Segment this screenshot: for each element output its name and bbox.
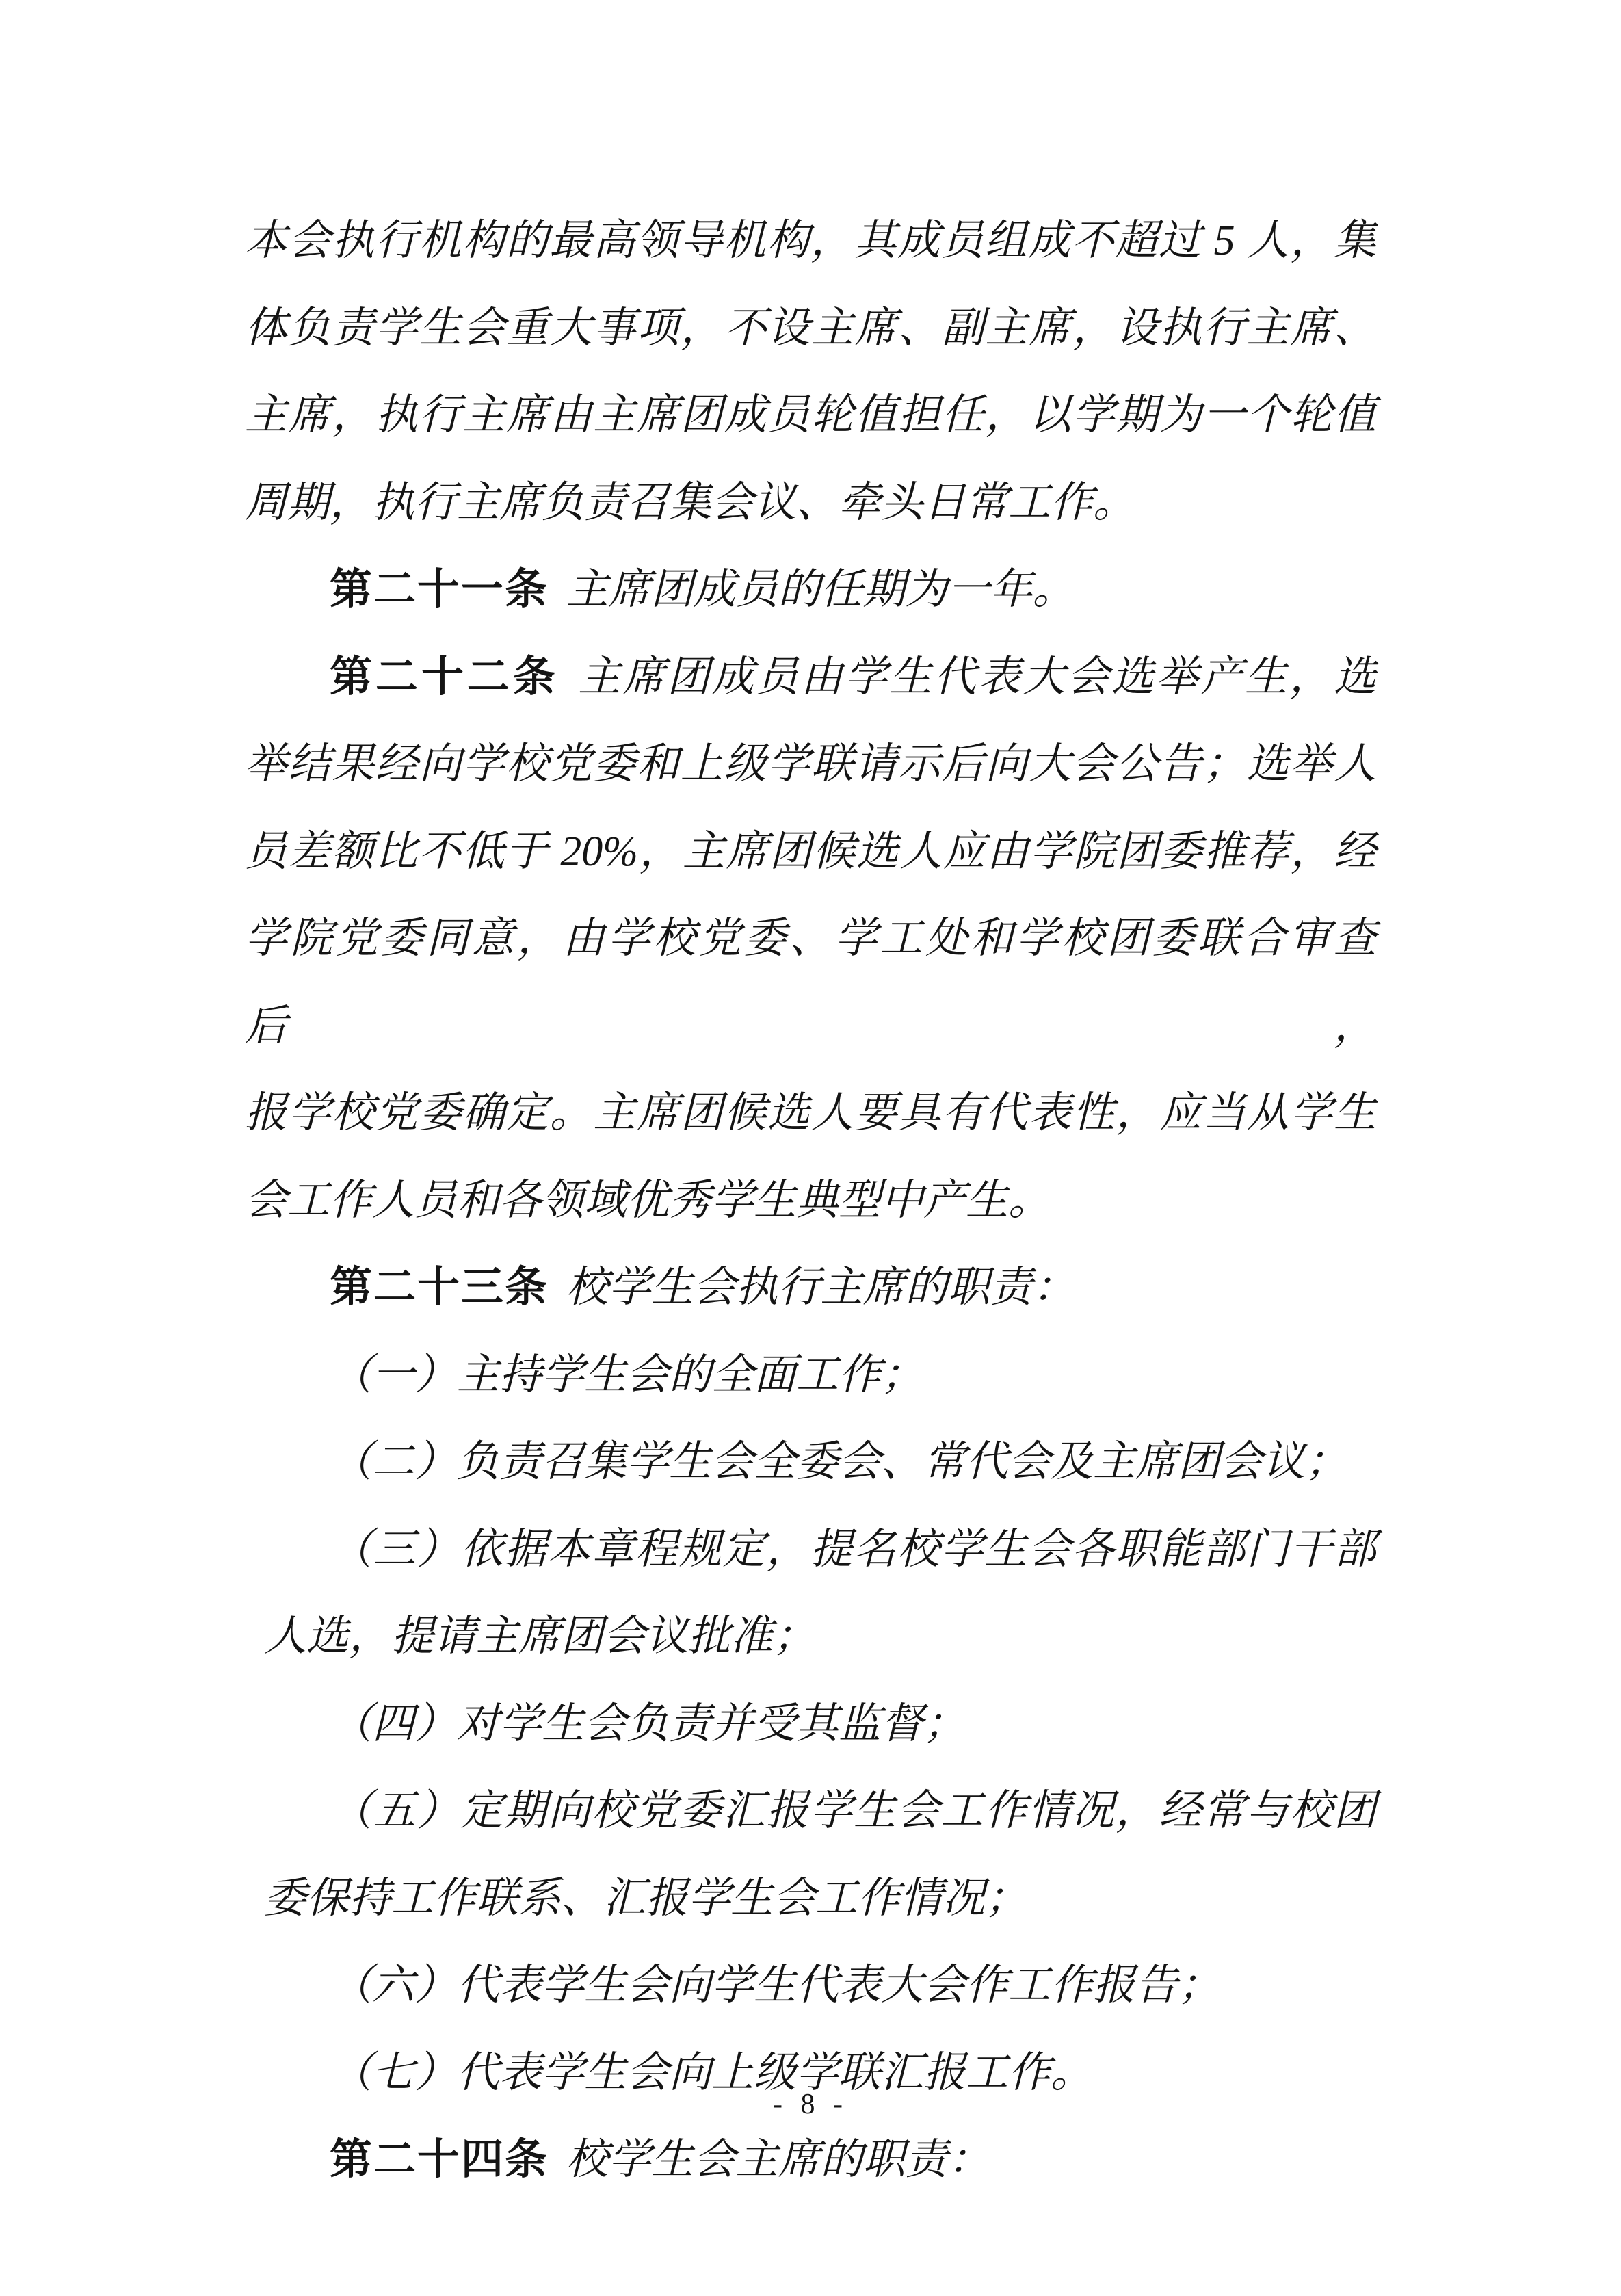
text-line: （二）负责召集学生会全委会、常代会及主席团会议； bbox=[245, 1419, 1376, 1506]
line-text: 会工作人员和各领域优秀学生典型中产生。 bbox=[245, 1177, 1051, 1224]
line-text: 体负责学生会重大事项，不设主席、副主席，设执行主席、 bbox=[245, 305, 1376, 352]
text-line: 员差额比不低于 20%，主席团候选人应由学院团委推荐，经 bbox=[245, 809, 1376, 896]
line-text: 主席团成员的任期为一年。 bbox=[555, 566, 1075, 613]
text-line: （四）对学生会负责并受其监督； bbox=[245, 1681, 1376, 1769]
article-heading: 第二十一条 bbox=[330, 566, 549, 613]
text-line: 体负责学生会重大事项，不设主席、副主席，设执行主席、 bbox=[245, 285, 1376, 373]
line-text: 周期，执行主席负责召集会议、牵头日常工作。 bbox=[245, 480, 1135, 526]
text-line: （一）主持学生会的全面工作； bbox=[245, 1332, 1376, 1420]
line-text: 主席，执行主席由主席团成员轮值担任，以学期为一个轮值 bbox=[245, 392, 1376, 439]
line-text: 人选，提请主席团会议批准； bbox=[264, 1613, 815, 1660]
line-text: 举结果经向学校党委和上级学联请示后向大会公告；选举人 bbox=[245, 741, 1376, 787]
line-text: 校学生会主席的职责： bbox=[555, 2137, 990, 2183]
text-line: 会工作人员和各领域优秀学生典型中产生。 bbox=[245, 1158, 1376, 1245]
text-line: 委保持工作联系、汇报学生会工作情况； bbox=[245, 1855, 1376, 1943]
line-text: 报学校党委确定。主席团候选人要具有代表性，应当从学生 bbox=[245, 1090, 1376, 1136]
text-line: 学院党委同意，由学校党委、学工处和学校团委联合审查后， bbox=[245, 896, 1376, 1070]
text-line: 第二十四条 校学生会主席的职责： bbox=[245, 2117, 1376, 2204]
line-text: （六）代表学生会向学生代表大会作工作报告； bbox=[330, 1962, 1220, 2009]
line-text: 本会执行机构的最高领导机构，其成员组成不超过 5 人，集 bbox=[245, 218, 1376, 264]
document-page: 本会执行机构的最高领导机构，其成员组成不超过 5 人，集体负责学生会重大事项，不… bbox=[0, 0, 1621, 2296]
line-text: 主席团成员由学生代表大会选举产生，选 bbox=[566, 654, 1376, 701]
text-line: （五）定期向校党委汇报学生会工作情况，经常与校团 bbox=[245, 1768, 1376, 1855]
text-line: （三）依据本章程规定，提名校学生会各职能部门干部 bbox=[245, 1506, 1376, 1594]
line-text: （五）定期向校党委汇报学生会工作情况，经常与校团 bbox=[330, 1788, 1376, 1834]
text-line: 报学校党委确定。主席团候选人要具有代表性，应当从学生 bbox=[245, 1070, 1376, 1158]
article-heading: 第二十四条 bbox=[330, 2137, 549, 2183]
text-line: （六）代表学生会向学生代表大会作工作报告； bbox=[245, 1942, 1376, 2030]
text-line: 第二十二条 主席团成员由学生代表大会选举产生，选 bbox=[245, 634, 1376, 722]
text-line: 本会执行机构的最高领导机构，其成员组成不超过 5 人，集 bbox=[245, 198, 1376, 285]
line-text: （三）依据本章程规定，提名校学生会各职能部门干部 bbox=[330, 1526, 1376, 1573]
text-block: 本会执行机构的最高领导机构，其成员组成不超过 5 人，集体负责学生会重大事项，不… bbox=[245, 198, 1376, 2204]
text-line: 第二十三条 校学生会执行主席的职责： bbox=[245, 1244, 1376, 1332]
article-heading: 第二十三条 bbox=[330, 1264, 549, 1311]
line-text: 员差额比不低于 20%，主席团候选人应由学院团委推荐，经 bbox=[245, 829, 1376, 875]
page-number: - 8 - bbox=[0, 2088, 1621, 2121]
text-line: 周期，执行主席负责召集会议、牵头日常工作。 bbox=[245, 460, 1376, 547]
text-line: 第二十一条 主席团成员的任期为一年。 bbox=[245, 547, 1376, 634]
article-heading: 第二十二条 bbox=[330, 654, 559, 701]
line-text: 校学生会执行主席的职责： bbox=[555, 1264, 1075, 1311]
text-line: 人选，提请主席团会议批准； bbox=[245, 1593, 1376, 1681]
line-text: 委保持工作联系、汇报学生会工作情况； bbox=[264, 1875, 1027, 1922]
line-text: 学院党委同意，由学校党委、学工处和学校团委联合审查后， bbox=[245, 915, 1376, 1049]
line-text: （一）主持学生会的全面工作； bbox=[330, 1352, 923, 1398]
line-text: （四）对学生会负责并受其监督； bbox=[330, 1701, 966, 1747]
text-line: 举结果经向学校党委和上级学联请示后向大会公告；选举人 bbox=[245, 721, 1376, 809]
line-text: （二）负责召集学生会全委会、常代会及主席团会议； bbox=[330, 1439, 1347, 1485]
text-line: 主席，执行主席由主席团成员轮值担任，以学期为一个轮值 bbox=[245, 372, 1376, 460]
